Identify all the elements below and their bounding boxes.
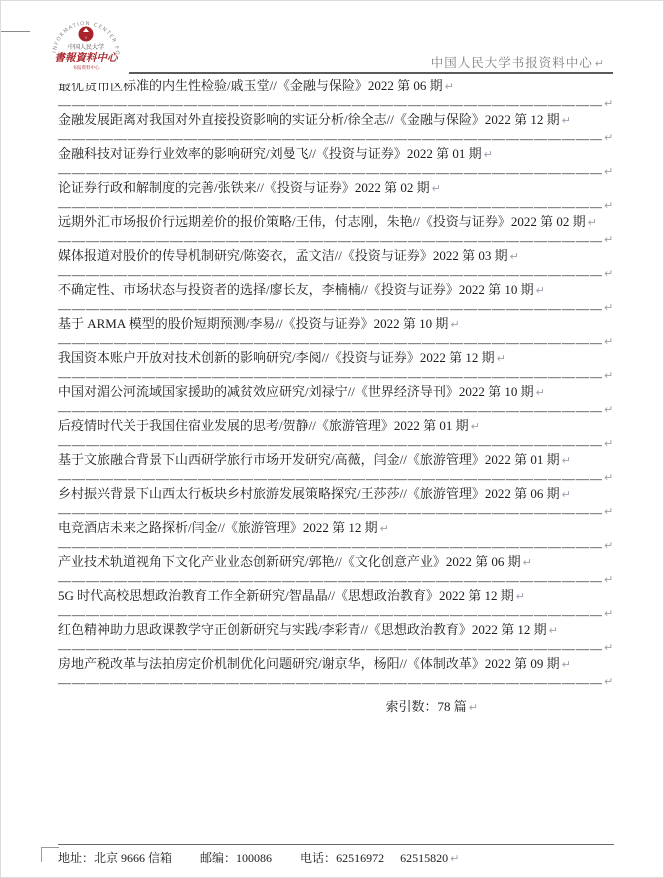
citation-entry: 红色精神助力思政课教学守正创新研究与实践/李彩青//《思想政治教育》2022 第… — [58, 621, 614, 655]
entry-separator-line: ————————————————————————————————————————… — [58, 264, 614, 281]
entry-separator-line: ————————————————————————————————————————… — [58, 196, 614, 213]
separator-dashes: ————————————————————————————————————————… — [58, 198, 602, 215]
citation-text-line: 5G 时代高校思想政治教育工作全新研究/智晶晶//《思想政治教育》2022 第 … — [58, 587, 614, 604]
separator-dashes: ————————————————————————————————————————… — [58, 674, 602, 691]
separator-dashes: ————————————————————————————————————————… — [58, 538, 602, 555]
return-mark-icon: ↵ — [604, 539, 613, 552]
citation-text: 产业技术轨道视角下文化产业业态创新研究/郭艳//《文化创意产业》2022 第 0… — [58, 554, 521, 569]
citation-entry: 基于 ARMA 模型的股价短期预测/李易//《投资与证券》2022 第 10 期… — [58, 315, 614, 349]
phone-label: 电话： — [300, 851, 336, 865]
return-mark-icon: ↵ — [604, 437, 613, 450]
header-title: 中国人民大学书报资料中心 — [431, 56, 593, 70]
return-mark-icon: ↵ — [536, 386, 545, 399]
citation-entry: 房地产税改革与法拍房定价机制优化问题研究/谢京华，杨阳//《体制改革》2022 … — [58, 655, 614, 689]
logo-emblem-icon — [79, 27, 94, 42]
citation-text: 金融发展距离对我国对外直接投资影响的实证分析/徐全志//《金融与保险》2022 … — [58, 112, 560, 127]
address-value: 北京 9666 信箱 — [94, 851, 172, 865]
citation-text: 5G 时代高校思想政治教育工作全新研究/智晶晶//《思想政治教育》2022 第 … — [58, 588, 514, 603]
separator-dashes: ————————————————————————————————————————… — [58, 96, 602, 113]
separator-dashes: ————————————————————————————————————————… — [58, 266, 602, 283]
postcode-value: 100086 — [236, 851, 272, 865]
return-mark-icon: ↵ — [604, 641, 613, 654]
ruc-press-center-logo-icon: INFORMATION CENTER FOR SOCIAL SCIENCES R… — [43, 17, 129, 83]
phone-value-2: 62515820 — [400, 851, 448, 865]
entry-separator-line: ————————————————————————————————————————… — [58, 332, 614, 349]
citation-text: 中国对湄公河流域国家援助的减贫效应研究/刘禄宁//《世界经济导刊》2022 第 … — [58, 384, 534, 399]
return-mark-icon: ↵ — [562, 114, 571, 127]
citation-text-line: 不确定性、市场状态与投资者的选择/廖长友，李楠楠//《投资与证券》2022 第 … — [58, 281, 614, 298]
entry-separator-line: ————————————————————————————————————————… — [58, 638, 614, 655]
citation-text: 乡村振兴背景下山西太行板块乡村旅游发展策略探究/王莎莎//《旅游管理》2022 … — [58, 486, 560, 501]
citation-entry: 5G 时代高校思想政治教育工作全新研究/智晶晶//《思想政治教育》2022 第 … — [58, 587, 614, 621]
citation-text-line: 基于文旅融合背景下山西研学旅行市场开发研究/高薇，闫金//《旅游管理》2022 … — [58, 451, 614, 468]
citation-text-line: 乡村振兴背景下山西太行板块乡村旅游发展策略探究/王莎莎//《旅游管理》2022 … — [58, 485, 614, 502]
index-count-line: 索引数：78 篇↵ — [58, 696, 478, 715]
citation-text-line: 电竞酒店未来之路探析/闫金//《旅游管理》2022 第 12 期↵ — [58, 519, 614, 536]
margin-crop-mark-bottom — [41, 847, 59, 862]
citation-text-line: 金融科技对证券行业效率的影响研究/刘曼飞//《投资与证券》2022 第 01 期… — [58, 145, 614, 162]
return-mark-icon: ↵ — [523, 556, 532, 569]
return-mark-icon: ↵ — [536, 284, 545, 297]
citation-text-line: 论证券行政和解制度的完善/张铁来//《投资与证券》2022 第 02 期↵ — [58, 179, 614, 196]
address-label: 地址： — [58, 851, 94, 865]
return-mark-icon: ↵ — [604, 267, 613, 280]
citation-text: 媒体报道对股价的传导机制研究/陈姿衣，孟文洁//《投资与证券》2022 第 03… — [58, 248, 508, 263]
separator-dashes: ————————————————————————————————————————… — [58, 470, 602, 487]
index-count: 索引数：78 篇 — [386, 699, 467, 714]
document-page: INFORMATION CENTER FOR SOCIAL SCIENCES R… — [0, 0, 664, 878]
citation-entry: 不确定性、市场状态与投资者的选择/廖长友，李楠楠//《投资与证券》2022 第 … — [58, 281, 614, 315]
citation-text: 论证券行政和解制度的完善/张铁来//《投资与证券》2022 第 02 期 — [58, 180, 430, 195]
entry-separator-line: ————————————————————————————————————————… — [58, 94, 614, 111]
return-mark-icon: ↵ — [604, 165, 613, 178]
return-mark-icon: ↵ — [604, 471, 613, 484]
separator-dashes: ————————————————————————————————————————… — [58, 334, 602, 351]
page-footer: 地址：北京 9666 信箱邮编：100086电话：625169726251582… — [58, 844, 614, 866]
citation-text: 后疫情时代关于我国住宿业发展的思考/贺静//《旅游管理》2022 第 01 期 — [58, 418, 469, 433]
return-mark-icon: ↵ — [445, 80, 454, 93]
return-mark-icon: ↵ — [469, 701, 478, 714]
citation-entry: 后疫情时代关于我国住宿业发展的思考/贺静//《旅游管理》2022 第 01 期↵… — [58, 417, 614, 451]
citation-entry: 基于文旅融合背景下山西研学旅行市场开发研究/高薇，闫金//《旅游管理》2022 … — [58, 451, 614, 485]
return-mark-icon: ↵ — [497, 352, 506, 365]
entry-separator-line: ————————————————————————————————————————… — [58, 468, 614, 485]
citation-entry: 最优货币区标准的内生性检验/戚玉堂//《金融与保险》2022 第 06 期↵ —… — [58, 77, 614, 111]
citation-text: 电竞酒店未来之路探析/闫金//《旅游管理》2022 第 12 期 — [58, 520, 378, 535]
separator-dashes: ————————————————————————————————————————… — [58, 572, 602, 589]
header-divider — [57, 72, 613, 74]
return-mark-icon: ↵ — [604, 369, 613, 382]
citation-text-line: 中国对湄公河流域国家援助的减贫效应研究/刘禄宁//《世界经济导刊》2022 第 … — [58, 383, 614, 400]
return-mark-icon: ↵ — [595, 57, 605, 70]
citation-text-line: 远期外汇市场报价行远期差价的报价策略/王伟，付志刚，朱艳//《投资与证券》202… — [58, 213, 614, 230]
return-mark-icon: ↵ — [604, 403, 613, 416]
return-mark-icon: ↵ — [516, 590, 525, 603]
return-mark-icon: ↵ — [562, 658, 571, 671]
citation-entry: 电竞酒店未来之路探析/闫金//《旅游管理》2022 第 12 期↵ ——————… — [58, 519, 614, 553]
entry-separator-line: ————————————————————————————————————————… — [58, 400, 614, 417]
return-mark-icon: ↵ — [604, 675, 613, 688]
return-mark-icon: ↵ — [484, 148, 493, 161]
citation-text-line: 最优货币区标准的内生性检验/戚玉堂//《金融与保险》2022 第 06 期↵ — [58, 77, 614, 94]
citation-text: 我国资本账户开放对技术创新的影响研究/李阅//《投资与证券》2022 第 12 … — [58, 350, 495, 365]
entry-separator-line: ————————————————————————————————————————… — [58, 434, 614, 451]
separator-dashes: ————————————————————————————————————————… — [58, 640, 602, 657]
return-mark-icon: ↵ — [380, 522, 389, 535]
entry-separator-line: ————————————————————————————————————————… — [58, 230, 614, 247]
return-mark-icon: ↵ — [604, 505, 613, 518]
citation-text-line: 房地产税改革与法拍房定价机制优化问题研究/谢京华，杨阳//《体制改革》2022 … — [58, 655, 614, 672]
entry-separator-line: ————————————————————————————————————————… — [58, 604, 614, 621]
citation-entry: 金融科技对证券行业效率的影响研究/刘曼飞//《投资与证券》2022 第 01 期… — [58, 145, 614, 179]
citation-list: 最优货币区标准的内生性检验/戚玉堂//《金融与保险》2022 第 06 期↵ —… — [58, 77, 614, 689]
separator-dashes: ————————————————————————————————————————… — [58, 368, 602, 385]
citation-text-line: 我国资本账户开放对技术创新的影响研究/李阅//《投资与证券》2022 第 12 … — [58, 349, 614, 366]
entry-separator-line: ————————————————————————————————————————… — [58, 366, 614, 383]
citation-text: 基于文旅融合背景下山西研学旅行市场开发研究/高薇，闫金//《旅游管理》2022 … — [58, 452, 560, 467]
entry-separator-line: ————————————————————————————————————————… — [58, 162, 614, 179]
return-mark-icon: ↵ — [604, 573, 613, 586]
separator-dashes: ————————————————————————————————————————… — [58, 436, 602, 453]
header-title-line: 中国人民大学书报资料中心↵ — [57, 53, 605, 71]
postcode-label: 邮编： — [200, 851, 236, 865]
citation-text: 红色精神助力思政课教学守正创新研究与实践/李彩青//《思想政治教育》2022 第… — [58, 622, 547, 637]
logo-seal-subtext: 书报资料中心 — [73, 64, 100, 71]
logo-university-text: 中国人民大学 — [68, 43, 104, 51]
citation-entry: 乡村振兴背景下山西太行板块乡村旅游发展策略探究/王莎莎//《旅游管理》2022 … — [58, 485, 614, 519]
return-mark-icon: ↵ — [510, 250, 519, 263]
return-mark-icon: ↵ — [450, 852, 459, 865]
return-mark-icon: ↵ — [549, 624, 558, 637]
return-mark-icon: ↵ — [471, 420, 480, 433]
margin-crop-mark-top — [1, 31, 30, 32]
entry-separator-line: ————————————————————————————————————————… — [58, 672, 614, 689]
entry-separator-line: ————————————————————————————————————————… — [58, 570, 614, 587]
separator-dashes: ————————————————————————————————————————… — [58, 130, 602, 147]
return-mark-icon: ↵ — [450, 318, 459, 331]
entry-separator-line: ————————————————————————————————————————… — [58, 128, 614, 145]
separator-dashes: ————————————————————————————————————————… — [58, 504, 602, 521]
citation-text: 房地产税改革与法拍房定价机制优化问题研究/谢京华，杨阳//《体制改革》2022 … — [58, 656, 560, 671]
citation-text: 远期外汇市场报价行远期差价的报价策略/王伟，付志刚，朱艳//《投资与证券》202… — [58, 214, 586, 229]
phone-value-1: 62516972 — [336, 851, 384, 865]
separator-dashes: ————————————————————————————————————————… — [58, 300, 602, 317]
separator-dashes: ————————————————————————————————————————… — [58, 232, 602, 249]
citation-entry: 金融发展距离对我国对外直接投资影响的实证分析/徐全志//《金融与保险》2022 … — [58, 111, 614, 145]
citation-entry: 中国对湄公河流域国家援助的减贫效应研究/刘禄宁//《世界经济导刊》2022 第 … — [58, 383, 614, 417]
return-mark-icon: ↵ — [604, 131, 613, 144]
citation-entry: 产业技术轨道视角下文化产业业态创新研究/郭艳//《文化创意产业》2022 第 0… — [58, 553, 614, 587]
return-mark-icon: ↵ — [604, 233, 613, 246]
return-mark-icon: ↵ — [604, 301, 613, 314]
entry-separator-line: ————————————————————————————————————————… — [58, 536, 614, 553]
citation-text: 金融科技对证券行业效率的影响研究/刘曼飞//《投资与证券》2022 第 01 期 — [58, 146, 482, 161]
citation-text-line: 基于 ARMA 模型的股价短期预测/李易//《投资与证券》2022 第 10 期… — [58, 315, 614, 332]
logo-seal-script: 書報資料中心 — [55, 51, 119, 64]
citation-entry: 论证券行政和解制度的完善/张铁来//《投资与证券》2022 第 02 期↵ ——… — [58, 179, 614, 213]
citation-entry: 我国资本账户开放对技术创新的影响研究/李阅//《投资与证券》2022 第 12 … — [58, 349, 614, 383]
return-mark-icon: ↵ — [588, 216, 597, 229]
separator-dashes: ————————————————————————————————————————… — [58, 606, 602, 623]
return-mark-icon: ↵ — [604, 199, 613, 212]
citation-text-line: 红色精神助力思政课教学守正创新研究与实践/李彩青//《思想政治教育》2022 第… — [58, 621, 614, 638]
citation-text: 基于 ARMA 模型的股价短期预测/李易//《投资与证券》2022 第 10 期 — [58, 316, 448, 331]
return-mark-icon: ↵ — [432, 182, 441, 195]
citation-text-line: 金融发展距离对我国对外直接投资影响的实证分析/徐全志//《金融与保险》2022 … — [58, 111, 614, 128]
entry-separator-line: ————————————————————————————————————————… — [58, 502, 614, 519]
return-mark-icon: ↵ — [562, 454, 571, 467]
citation-text-line: 后疫情时代关于我国住宿业发展的思考/贺静//《旅游管理》2022 第 01 期↵ — [58, 417, 614, 434]
separator-dashes: ————————————————————————————————————————… — [58, 164, 602, 181]
citation-text: 不确定性、市场状态与投资者的选择/廖长友，李楠楠//《投资与证券》2022 第 … — [58, 282, 534, 297]
separator-dashes: ————————————————————————————————————————… — [58, 402, 602, 419]
citation-text-line: 媒体报道对股价的传导机制研究/陈姿衣，孟文洁//《投资与证券》2022 第 03… — [58, 247, 614, 264]
citation-entry: 远期外汇市场报价行远期差价的报价策略/王伟，付志刚，朱艳//《投资与证券》202… — [58, 213, 614, 247]
citation-entry: 媒体报道对股价的传导机制研究/陈姿衣，孟文洁//《投资与证券》2022 第 03… — [58, 247, 614, 281]
entry-separator-line: ————————————————————————————————————————… — [58, 298, 614, 315]
return-mark-icon: ↵ — [562, 488, 571, 501]
return-mark-icon: ↵ — [604, 97, 613, 110]
return-mark-icon: ↵ — [604, 335, 613, 348]
citation-text-line: 产业技术轨道视角下文化产业业态创新研究/郭艳//《文化创意产业》2022 第 0… — [58, 553, 614, 570]
return-mark-icon: ↵ — [604, 607, 613, 620]
